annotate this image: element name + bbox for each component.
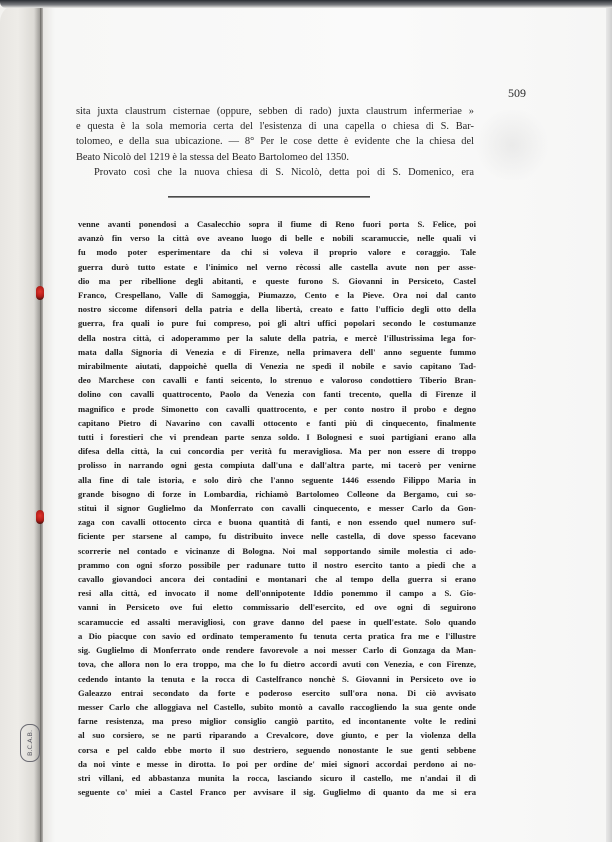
text-line: fu modo poter esperimentare da chi si vo… — [78, 245, 476, 259]
quoted-text-block: venne avanti ponendosi a Casalecchio sop… — [78, 217, 476, 799]
text-line: mata dalla Signoria di Venezia e di Fire… — [78, 345, 476, 359]
main-text-block: sita juxta claustrum cisternae (oppure, … — [76, 104, 474, 180]
text-line: ficiente per starsene al campo, fu distr… — [78, 529, 476, 543]
text-line: tova, che allora non lo era troppo, ma c… — [78, 657, 476, 671]
text-line: Provato così che la nuova chiesa di S. N… — [76, 165, 474, 180]
library-stamp-text: B.C.A.B. — [26, 730, 34, 756]
text-line: al suo corsiero, se ne partì riparando a… — [78, 728, 476, 742]
text-line: mirabilmente aiutati, dappoichè quella d… — [78, 359, 476, 373]
text-line: cedendo intanto la tenuta e la rocca di … — [78, 672, 476, 686]
text-line: e questa è la sola memoria certa del l'e… — [76, 119, 474, 134]
text-line: guerra, fra quali io pure fui compreso, … — [78, 316, 476, 330]
text-line: grande bisogno di forze in Lombardia, ri… — [78, 487, 476, 501]
page-number: 509 — [508, 86, 526, 101]
text-line: prammo con ogni sforzo possibile per rad… — [78, 558, 476, 572]
text-line: deo Marchese con cavalli e fanti seicent… — [78, 373, 476, 387]
text-line: Galeazzo entrai secondato da forte e pod… — [78, 686, 476, 700]
text-line: dolino con cavalli quattrocento, Paolo d… — [78, 387, 476, 401]
text-line: messer Carlo che alloggiava nel Castello… — [78, 700, 476, 714]
footnote-divider — [168, 196, 370, 198]
scanned-page-spread: B.C.A.B. 509 sita juxta claustrum cister… — [0, 0, 612, 842]
red-pin-icon — [36, 510, 44, 524]
top-scan-shadow — [0, 0, 612, 8]
text-line: difesa della città, la cui concordia per… — [78, 444, 476, 458]
text-line: Franco, Crespellano, Valle di Samoggia, … — [78, 288, 476, 302]
text-line: sig. Guglielmo di Monferrato onde render… — [78, 643, 476, 657]
text-line: seguente co' miei a Castel Franco per av… — [78, 785, 476, 799]
text-line: tutti i forestieri che vi prendean parte… — [78, 430, 476, 444]
text-line: stri villani, ed abbastanza munita la ro… — [78, 771, 476, 785]
text-line: vanni in Persiceto ove fui eletto commis… — [78, 600, 476, 614]
bleed-through-mark — [472, 110, 552, 180]
text-line: capitano Pietro di Navarino con cavalli … — [78, 416, 476, 430]
previous-page-edge — [0, 4, 40, 842]
red-pin-icon — [36, 286, 44, 300]
text-line: della nostra città, ci adoperammo per la… — [78, 331, 476, 345]
text-line: da noi vinte e messe in dirotta. Io poi … — [78, 757, 476, 771]
page-right-edge — [606, 0, 612, 842]
text-line: sita juxta claustrum cisternae (oppure, … — [76, 104, 474, 119]
text-line: venne avanti ponendosi a Casalecchio sop… — [78, 217, 476, 231]
text-line: Beato Nicolò del 1219 è la stessa del Be… — [76, 150, 474, 165]
text-line: guerra durò tutto estate e l'inimico nel… — [78, 260, 476, 274]
text-line: scaramuccie ed assalti meravigliosi, con… — [78, 615, 476, 629]
text-line: magnifico e prode Simonetto con cavalli … — [78, 402, 476, 416]
text-line: alla fine di tale istoria, e solo dirò c… — [78, 473, 476, 487]
text-line: tolomeo, e della sua ubicazione. — 8° Pe… — [76, 134, 474, 149]
text-line: avanzò fin verso la città ove aveano luo… — [78, 231, 476, 245]
library-stamp: B.C.A.B. — [20, 724, 40, 762]
text-line: corsa e pel caldo ebbe morto il suo dest… — [78, 743, 476, 757]
text-line: farne resistenza, ma preso miglior consi… — [78, 714, 476, 728]
text-line: cavallo giovandoci ancora dei contadini … — [78, 572, 476, 586]
text-line: prolisso in narrando ogni gesta compiuta… — [78, 458, 476, 472]
text-line: zaga con cavalli ottocento circa e buona… — [78, 515, 476, 529]
text-line: nostro siccome difensori della patria e … — [78, 302, 476, 316]
text-line: dio ma per ribellione degli abitanti, e … — [78, 274, 476, 288]
text-line: scorrerie nel contado e vicinanze di Bol… — [78, 544, 476, 558]
text-line: a Dio piacque con savio ed ordinato temp… — [78, 629, 476, 643]
text-line: resi alla città, ed invocato il nome del… — [78, 586, 476, 600]
text-line: stituì il signor Guglielmo da Monferrato… — [78, 501, 476, 515]
